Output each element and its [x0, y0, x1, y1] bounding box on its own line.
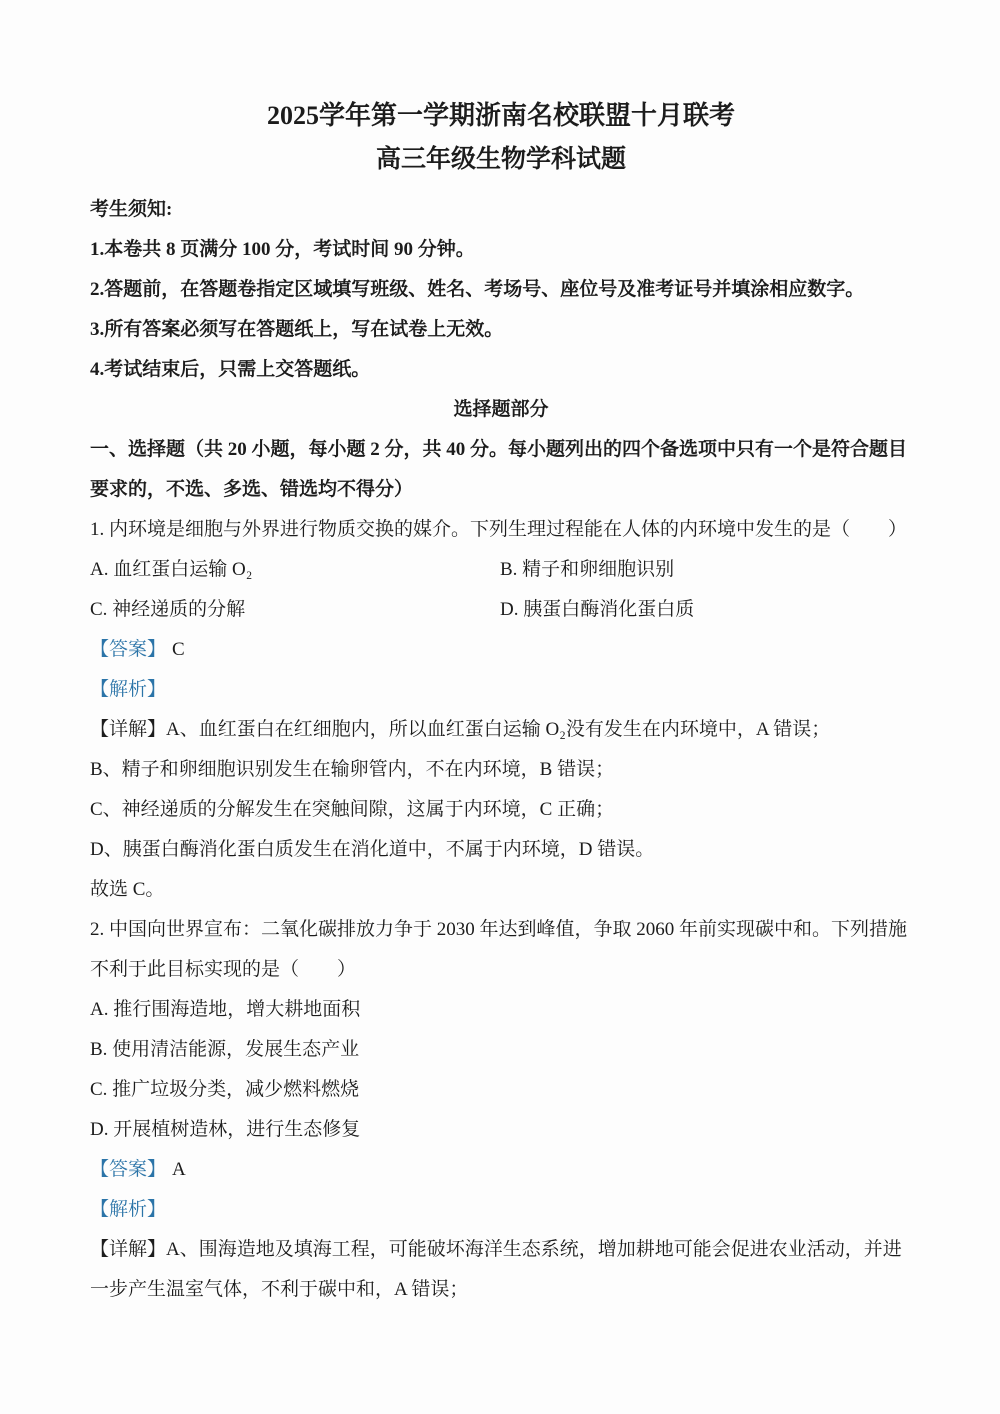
question-2-option-a: A. 推行围海造地，增大耕地面积 — [90, 990, 912, 1030]
notice-item-4: 4.考试结束后，只需上交答题纸。 — [90, 350, 912, 390]
question-1-detail-2: B、精子和卵细胞识别发生在输卵管内，不在内环境，B 错误； — [90, 750, 912, 790]
question-1-answer-line: 【答案】C — [90, 630, 912, 670]
section-intro: 一、选择题（共 20 小题，每小题 2 分，共 40 分。每小题列出的四个备选项… — [90, 430, 912, 510]
question-2-option-d: D. 开展植树造林，进行生态修复 — [90, 1110, 912, 1150]
analysis-label: 【解析】 — [90, 1199, 166, 1220]
question-2: 2. 中国向世界宣布：二氧化碳排放力争于 2030 年达到峰值，争取 2060 … — [90, 910, 912, 1310]
notice-item-1: 1.本卷共 8 页满分 100 分，考试时间 90 分钟。 — [90, 230, 912, 270]
question-1-option-b: B. 精子和卵细胞识别 — [500, 550, 912, 590]
question-2-stem: 2. 中国向世界宣布：二氧化碳排放力争于 2030 年达到峰值，争取 2060 … — [90, 910, 912, 990]
question-2-answer: A — [172, 1159, 186, 1180]
question-2-option-b: B. 使用清洁能源，发展生态产业 — [90, 1030, 912, 1070]
notice-heading: 考生须知: — [90, 190, 912, 230]
question-1-detail-4: D、胰蛋白酶消化蛋白质发生在消化道中，不属于内环境，D 错误。 — [90, 830, 912, 870]
notice-item-3: 3.所有答案必须写在答题纸上，写在试卷上无效。 — [90, 310, 912, 350]
exam-paper-page: 2025学年第一学期浙南名校联盟十月联考 高三年级生物学科试题 考生须知: 1.… — [0, 0, 1000, 1414]
question-2-answer-line: 【答案】A — [90, 1150, 912, 1190]
analysis-label: 【解析】 — [90, 679, 166, 700]
question-1-option-c: C. 神经递质的分解 — [90, 590, 500, 630]
question-1-conclusion: 故选 C。 — [90, 870, 912, 910]
exam-title: 2025学年第一学期浙南名校联盟十月联考 — [90, 98, 912, 134]
question-1-detail-3: C、神经递质的分解发生在突触间隙，这属于内环境，C 正确； — [90, 790, 912, 830]
question-1-analysis-line: 【解析】 — [90, 670, 912, 710]
question-1: 1. 内环境是细胞与外界进行物质交换的媒介。下列生理过程能在人体的内环境中发生的… — [90, 510, 912, 910]
answer-label: 【答案】 — [90, 639, 166, 660]
notice-item-2: 2.答题前，在答题卷指定区域填写班级、姓名、考场号、座位号及准考证号并填涂相应数… — [90, 270, 912, 310]
question-1-option-a: A. 血红蛋白运输 O₂ — [90, 550, 500, 590]
exam-subtitle: 高三年级生物学科试题 — [90, 142, 912, 178]
question-2-detail-1: 【详解】A、围海造地及填海工程，可能破坏海洋生态系统，增加耕地可能会促进农业活动… — [90, 1230, 912, 1310]
question-1-option-d: D. 胰蛋白酶消化蛋白质 — [500, 590, 912, 630]
question-1-detail-1: 【详解】A、血红蛋白在红细胞内，所以血红蛋白运输 O₂没有发生在内环境中，A 错… — [90, 710, 912, 750]
question-1-stem: 1. 内环境是细胞与外界进行物质交换的媒介。下列生理过程能在人体的内环境中发生的… — [90, 510, 912, 550]
question-2-option-c: C. 推广垃圾分类，减少燃料燃烧 — [90, 1070, 912, 1110]
question-1-answer: C — [172, 639, 185, 660]
section-heading: 选择题部分 — [90, 390, 912, 430]
answer-label: 【答案】 — [90, 1159, 166, 1180]
question-1-options: A. 血红蛋白运输 O₂ B. 精子和卵细胞识别 C. 神经递质的分解 D. 胰… — [90, 550, 912, 630]
notice-block: 考生须知: 1.本卷共 8 页满分 100 分，考试时间 90 分钟。 2.答题… — [90, 190, 912, 390]
question-2-analysis-line: 【解析】 — [90, 1190, 912, 1230]
